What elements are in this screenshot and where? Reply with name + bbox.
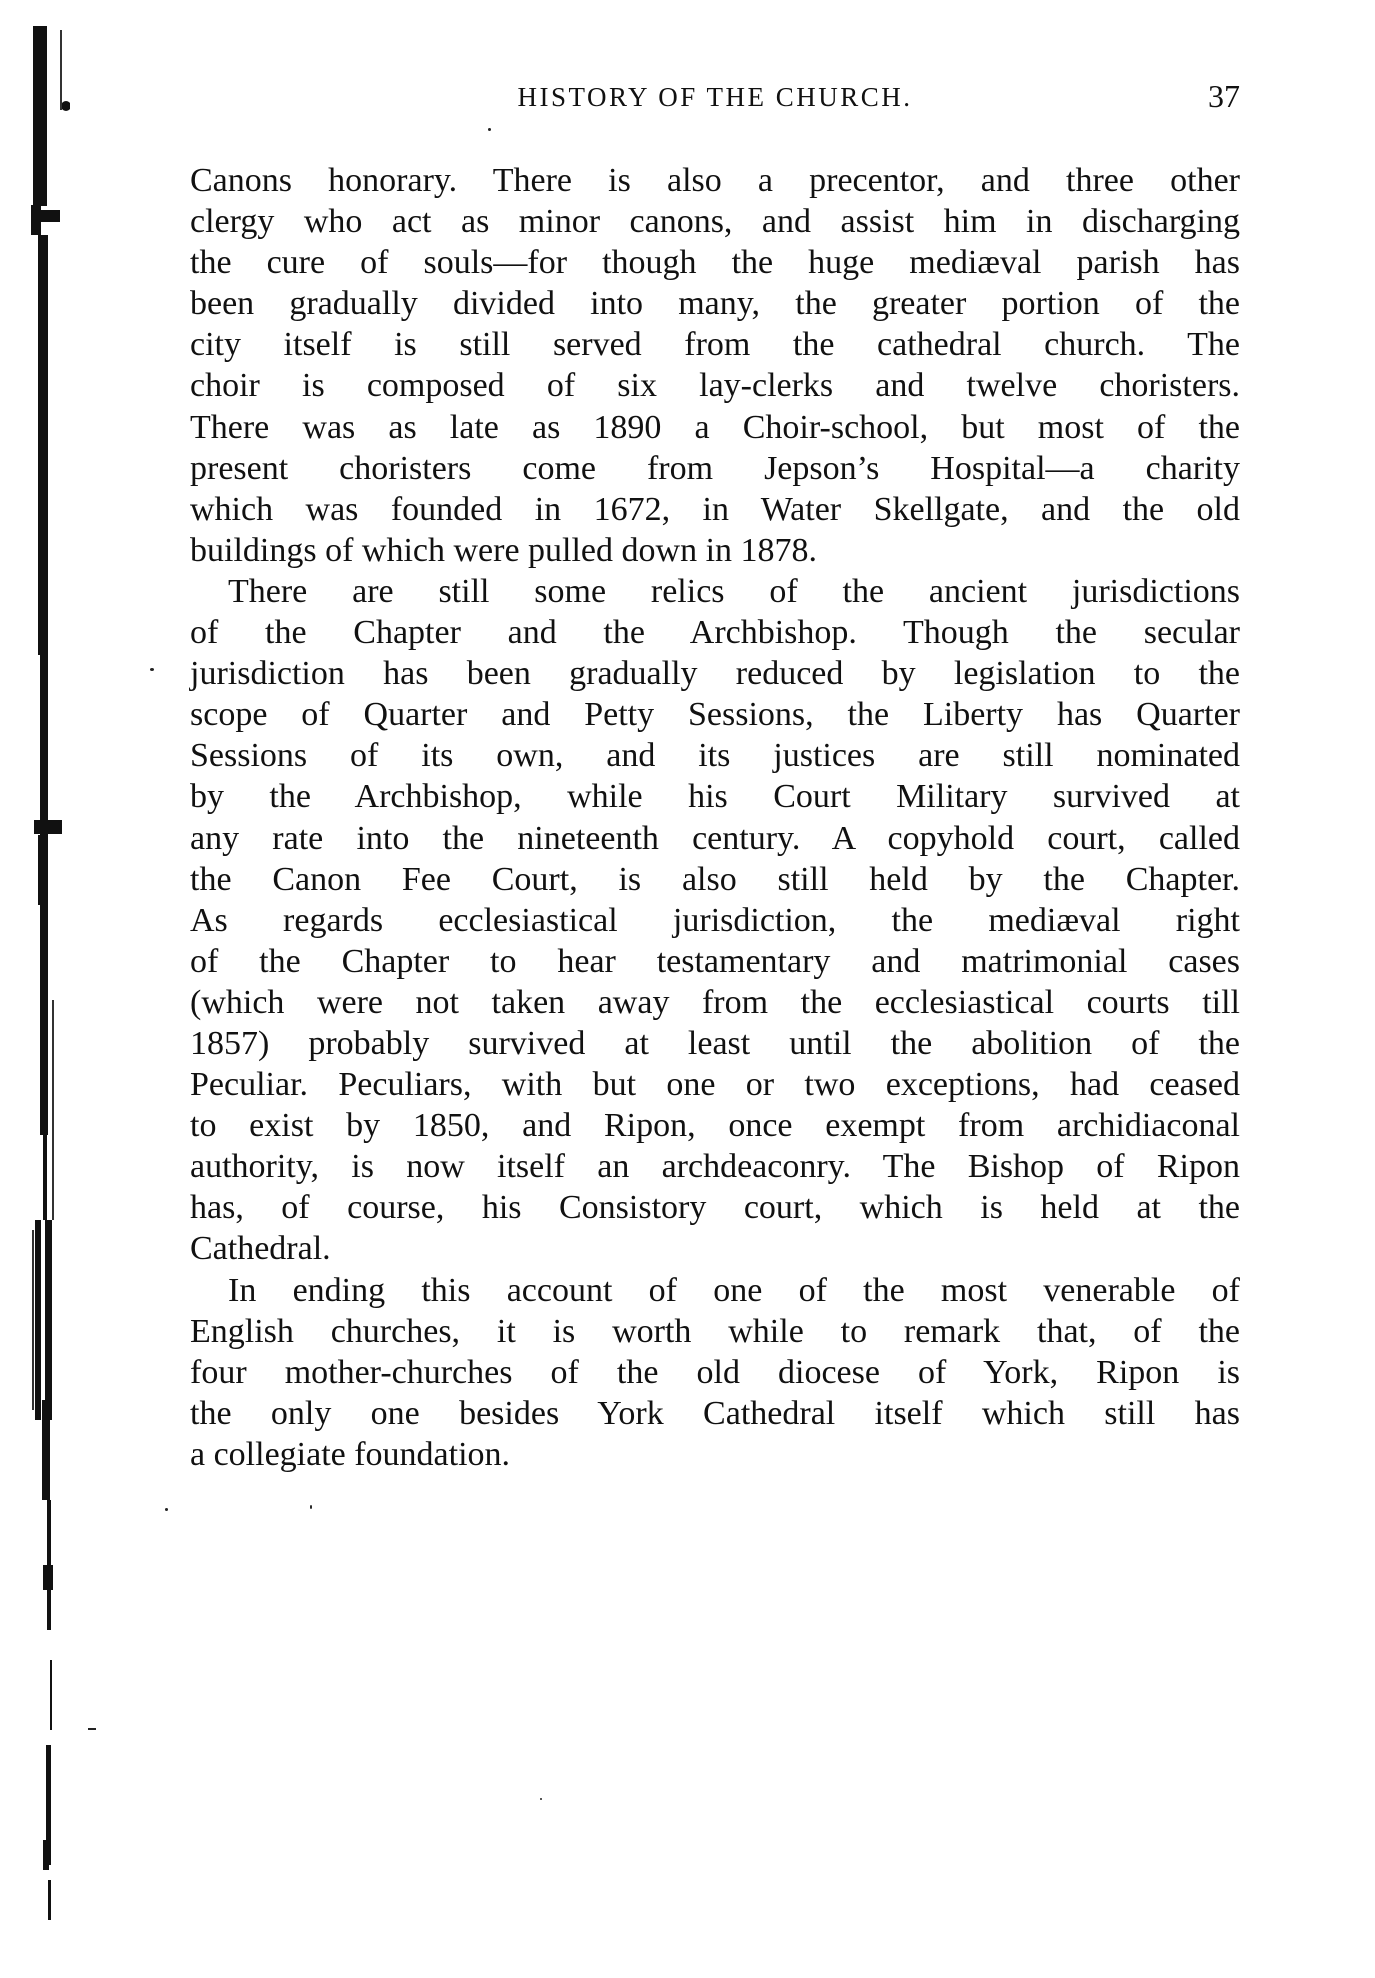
text-line: There was as late as 1890 a Choir-school… [190, 407, 1240, 448]
binding-edge-artifact [0, 0, 70, 1978]
text-line: Sessions of its own, and its justices ar… [190, 735, 1240, 776]
text-line: of the Chapter to hear testamentary and … [190, 941, 1240, 982]
text-line: authority, is now itself an archdeaconry… [190, 1146, 1240, 1187]
text-line: any rate into the nineteenth century. A … [190, 818, 1240, 859]
text-line: the only one besides York Cathedral itse… [190, 1393, 1240, 1434]
text-line: which was founded in 1672, in Water Skel… [190, 489, 1240, 530]
text-line: 1857) probably survived at least until t… [190, 1023, 1240, 1064]
text-line: There are still some relics of the ancie… [190, 571, 1240, 612]
text-line: to exist by 1850, and Ripon, once exempt… [190, 1105, 1240, 1146]
text-line: four mother-churches of the old diocese … [190, 1352, 1240, 1393]
running-head-title: HISTORY OF THE CHURCH. [190, 82, 1240, 113]
page-number: 37 [1208, 78, 1240, 115]
paragraph-2: There are still some relics of the ancie… [190, 571, 1240, 1270]
text-line: scope of Quarter and Petty Sessions, the… [190, 694, 1240, 735]
text-line: been gradually divided into many, the gr… [190, 283, 1240, 324]
text-line: Canons honorary. There is also a precent… [190, 160, 1240, 201]
text-line: (which were not taken away from the eccl… [190, 982, 1240, 1023]
paragraph-1: Canons honorary. There is also a precent… [190, 160, 1240, 571]
text-line: jurisdiction has been gradually reduced … [190, 653, 1240, 694]
text-line: by the Archbishop, while his Court Milit… [190, 776, 1240, 817]
text-line: the Canon Fee Court, is also still held … [190, 859, 1240, 900]
text-line: Cathedral. [190, 1228, 1240, 1269]
text-line: clergy who act as minor canons, and assi… [190, 201, 1240, 242]
paragraph-3: In ending this account of one of the mos… [190, 1270, 1240, 1475]
text-line: a collegiate foundation. [190, 1434, 1240, 1475]
text-line: of the Chapter and the Archbishop. Thoug… [190, 612, 1240, 653]
body-text: Canons honorary. There is also a precent… [190, 160, 1240, 1475]
text-line: choir is composed of six lay-clerks and … [190, 365, 1240, 406]
text-line: English churches, it is worth while to r… [190, 1311, 1240, 1352]
text-line: buildings of which were pulled down in 1… [190, 530, 1240, 571]
text-line: present choristers come from Jepson’s Ho… [190, 448, 1240, 489]
text-line: has, of course, his Consistory court, wh… [190, 1187, 1240, 1228]
running-head: HISTORY OF THE CHURCH. 37 [190, 78, 1240, 118]
text-line: As regards ecclesiastical jurisdiction, … [190, 900, 1240, 941]
text-line: Peculiar. Peculiars, with but one or two… [190, 1064, 1240, 1105]
text-line: city itself is still served from the cat… [190, 324, 1240, 365]
text-line: the cure of souls—for though the huge me… [190, 242, 1240, 283]
text-line: In ending this account of one of the mos… [190, 1270, 1240, 1311]
scanned-book-page: HISTORY OF THE CHURCH. 37 Canons honorar… [0, 0, 1375, 1978]
